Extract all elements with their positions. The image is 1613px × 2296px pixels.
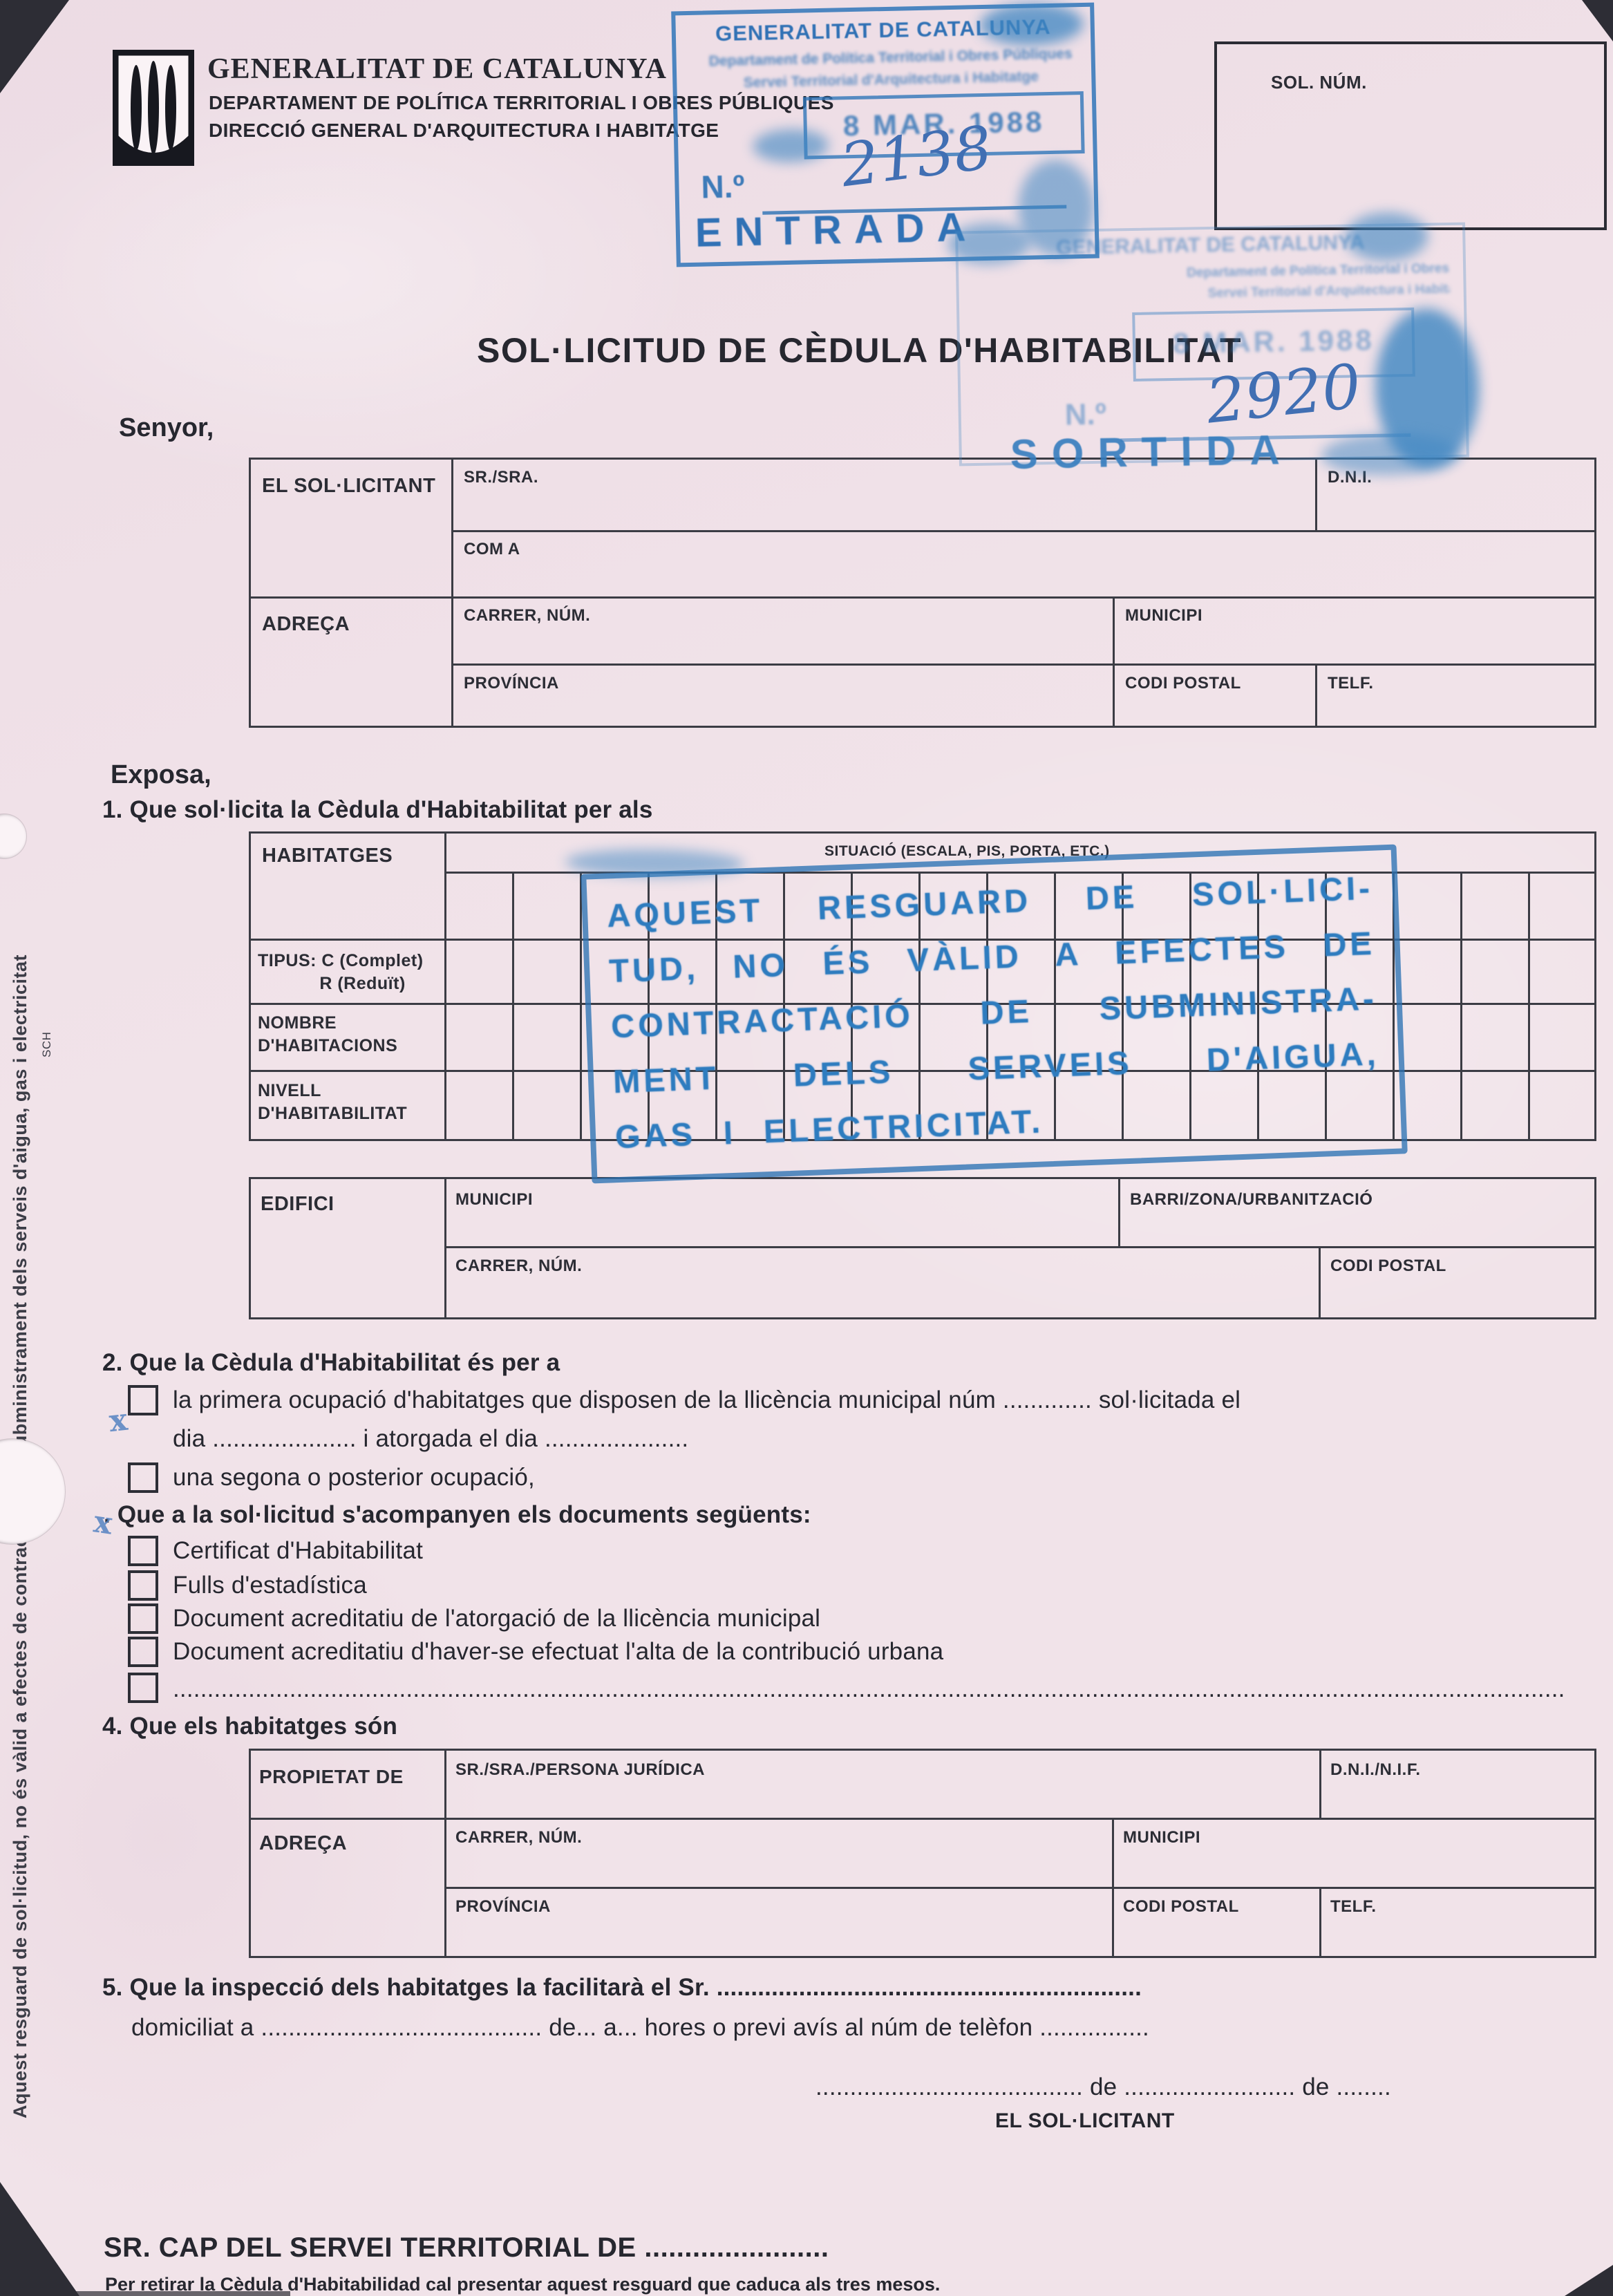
sortida-word: SORTIDA	[1010, 426, 1294, 478]
nombre-row-label: NOMBRE D'HABITACIONS	[258, 1012, 397, 1057]
item3-doc4-label: Document acreditatiu d'haver-se efectuat…	[173, 1638, 943, 1666]
scan-corner-top-right	[1582, 0, 1613, 41]
direction-line: DIRECCIÓ GENERAL D'ARQUITECTURA I HABITA…	[209, 120, 719, 142]
edifici-table: EDIFICI MUNICIPI BARRI/ZONA/URBANITZACIÓ…	[249, 1177, 1596, 1319]
applicant-table: EL SOL·LICITANT ADREÇA SR./SRA. D.N.I. C…	[249, 458, 1596, 728]
tipus-row-label: TIPUS: C (Complet) R (Reduït)	[258, 950, 424, 995]
sortida-stamp: GENERALITAT DE CATALUNYA Departament de …	[955, 223, 1469, 467]
item2-option2-label: una segona o posterior ocupació,	[173, 1464, 535, 1492]
com-a-field-label: COM A	[464, 540, 520, 559]
entrada-word: ENTRADA	[695, 204, 979, 256]
org-title: GENERALITAT DE CATALUNYA	[207, 53, 667, 86]
property-carrer-label: CARRER, NÚM.	[455, 1828, 582, 1847]
item3-doc2-label: Fulls d'estadística	[173, 1572, 367, 1599]
property-table: PROPIETAT DE ADREÇA SR./SRA./PERSONA JUR…	[249, 1749, 1596, 1958]
sortida-stamp-dept: Departament de Política Territorial i Ob…	[1187, 261, 1449, 281]
item2-option2-checkbox	[128, 1462, 158, 1493]
salutation: Senyor,	[119, 413, 214, 443]
item3-doc4-checkbox	[128, 1637, 158, 1667]
telf-field-label: TELF.	[1328, 674, 1374, 693]
item1-text: 1. Que sol·licita la Cèdula d'Habitabili…	[102, 796, 653, 824]
closing-line: SR. CAP DEL SERVEI TERRITORIAL DE ......…	[104, 2232, 1140, 2264]
property-provincia-label: PROVÍNCIA	[455, 1897, 551, 1917]
scan-corner-bottom-left	[0, 2182, 79, 2296]
handwritten-x-mark-1: x	[107, 1402, 129, 1439]
entrada-num-label: N.º	[701, 167, 745, 205]
handwritten-x-mark-2: x	[92, 1504, 115, 1541]
entrada-stamp: GENERALITAT DE CATALUNYA Departament de …	[671, 3, 1100, 267]
item3-intro: . Que a la sol·licitud s'acompanyen els …	[104, 1501, 811, 1529]
item3-doc1-label: Certificat d'Habitabilitat	[173, 1537, 423, 1565]
sortida-num-label: N.º	[1064, 397, 1106, 433]
item3-doc3-checkbox	[128, 1603, 158, 1634]
generalitat-coat-of-arms-logo	[113, 50, 194, 166]
property-telf-label: TELF.	[1330, 1897, 1377, 1917]
sortida-date: 8 MAR. 1988	[1135, 323, 1413, 361]
sortida-stamp-servei: Servei Territorial d'Arquitectura i Habi…	[1208, 282, 1450, 301]
expose-label: Exposa,	[111, 760, 211, 790]
scanned-form-page: GENERALITAT DE CATALUNYA DEPARTAMENT DE …	[0, 0, 1613, 2296]
codi-postal-field-label: CODI POSTAL	[1125, 674, 1241, 693]
item3-doc2-checkbox	[128, 1570, 158, 1601]
item3-doc3-label: Document acreditatiu de l'atorgació de l…	[173, 1605, 820, 1632]
habitatges-row-label: HABITATGES	[262, 845, 393, 867]
warning-stamp: AQUEST RESGUARD DE SOL·LICI- TUD, NO ÉS …	[581, 845, 1408, 1184]
property-row-label: PROPIETAT DE	[259, 1766, 404, 1788]
item2-option1-line2: dia ..................... i atorgada el …	[173, 1425, 1596, 1453]
item2-option1-checkbox	[128, 1385, 158, 1415]
entrada-stamp-dept: Departament de Política Territorial i Ob…	[683, 46, 1097, 71]
item5-line2: domiciliat a ...........................…	[131, 2014, 1596, 2042]
punch-hole-bottom	[0, 1439, 65, 1544]
persona-field-label: SR./SRA./PERSONA JURÍDICA	[455, 1760, 705, 1780]
item5-line1: 5. Que la inspecció dels habitatges la f…	[102, 1974, 1595, 2002]
applicant-row-label: EL SOL·LICITANT	[262, 475, 435, 498]
provincia-field-label: PROVÍNCIA	[464, 674, 559, 693]
sr-sra-field-label: SR./SRA.	[464, 468, 538, 487]
item2-intro: 2. Que la Cèdula d'Habitabilitat és per …	[102, 1349, 560, 1377]
edifici-carrer-label: CARRER, NÚM.	[455, 1257, 582, 1276]
property-address-row-label: ADREÇA	[259, 1832, 347, 1855]
entrada-stamp-servei: Servei Territorial d'Arquitectura i Habi…	[683, 68, 1098, 93]
address-row-label: ADREÇA	[262, 613, 350, 636]
property-municipi-label: MUNICIPI	[1123, 1828, 1200, 1847]
dni-nif-field-label: D.N.I./N.I.F.	[1330, 1760, 1421, 1780]
edifici-municipi-label: MUNICIPI	[455, 1190, 533, 1210]
carrer-field-label: CARRER, NÚM.	[464, 606, 590, 625]
item2-option1-line1: la primera ocupació d'habitatges que dis…	[173, 1386, 1596, 1414]
signature-label: EL SOL·LICITANT	[995, 2109, 1175, 2133]
nivell-row-label: NIVELL D'HABITABILITAT	[258, 1080, 407, 1125]
item3-doc1-checkbox	[128, 1536, 158, 1566]
scan-corner-bottom-right	[1565, 2265, 1613, 2296]
sol-num-label: SOL. NÚM.	[1271, 72, 1367, 93]
item3-doc5-checkbox	[128, 1673, 158, 1703]
edifici-barri-label: BARRI/ZONA/URBANITZACIÓ	[1130, 1190, 1373, 1210]
sol-num-box: SOL. NÚM.	[1214, 41, 1607, 230]
sortida-handwritten-number: 2920	[1202, 350, 1364, 437]
municipi-field-label: MUNICIPI	[1125, 606, 1202, 625]
item3-doc5-dotted-line: ........................................…	[173, 1675, 1596, 1703]
edifici-row-label: EDIFICI	[261, 1193, 334, 1216]
scan-edge-bottom	[0, 2291, 290, 2296]
edifici-codi-postal-label: CODI POSTAL	[1330, 1257, 1446, 1276]
margin-code: SCH	[40, 995, 54, 1057]
property-codi-postal-label: CODI POSTAL	[1123, 1897, 1239, 1917]
signature-date-line: ....................................... …	[815, 2073, 1596, 2101]
item4-intro: 4. Que els habitatges són	[102, 1713, 397, 1740]
scan-corner-top-left	[0, 0, 69, 93]
